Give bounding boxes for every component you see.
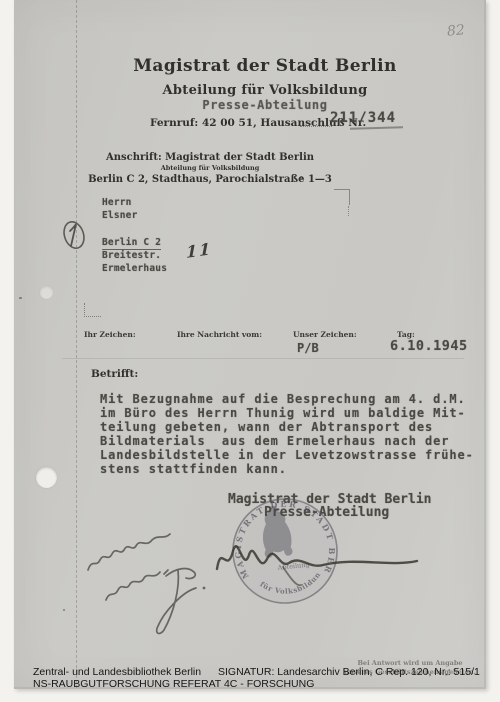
sender-line2: Abteilung für Volksbildung [30, 165, 390, 172]
body-line: Bildmaterials aus dem Ermelerhaus nach d… [100, 434, 449, 448]
recipient-city: Berlin C 2 [102, 237, 161, 248]
body-line: im Büro des Herrn Thunig wird um baldige… [100, 406, 466, 420]
dotted-leader [300, 126, 332, 127]
letterhead-rule [62, 358, 464, 359]
paper-speck [63, 609, 65, 611]
body-line: Mit Bezugnahme auf die Besprechung am 4.… [100, 392, 466, 406]
body-line: stens stattfinden kann. [100, 462, 287, 476]
recipient-street: Breitestr. [102, 250, 161, 261]
signature-scrawl [205, 525, 430, 595]
recipient-salutation: Herrn [102, 197, 132, 208]
body-line: teilung gebeten, wann der Abtransport de… [100, 420, 433, 434]
recipient-name: Elsner [102, 210, 138, 221]
archive-signatur: SIGNATUR: Landesarchiv Berlin, C Rep. 12… [218, 666, 480, 678]
handwritten-street-number: 11 [186, 239, 212, 262]
circled-margin-note [60, 219, 90, 253]
scanned-letter-photo: 82 Magistrat der Stadt Berlin Abteilung … [0, 0, 500, 702]
ihr-zeichen-label: Ihr Zeichen: [84, 330, 136, 339]
recipient-building: Ermelerhaus [102, 263, 167, 274]
sender-line1: Anschrift: Magistrat der Stadt Berlin [30, 152, 390, 164]
address-window-corner-mark [334, 189, 350, 205]
unser-zeichen-value: P/B [297, 341, 319, 355]
date-value: 6.10.1945 [390, 338, 468, 354]
sender-address-block: Anschrift: Magistrat der Stadt Berlin Ab… [30, 152, 390, 185]
punch-hole-top [40, 286, 53, 299]
vertical-fold-line [76, 0, 77, 688]
recipient-city-text: Berlin C 2 [102, 237, 161, 250]
sender-line3: Berlin C 2, Stadthaus, Parochialstraße 1… [30, 174, 390, 186]
nachricht-label: Ihre Nachricht vom: [177, 330, 262, 339]
letterhead-organization: Magistrat der Stadt Berlin [100, 56, 430, 76]
phone-number-typed: 211/344 [330, 110, 396, 126]
archive-library-name: Zentral- und Landesbibliothek Berlin [33, 666, 201, 678]
letterhead-department: Abteilung für Volksbildung [100, 83, 430, 98]
body-line: Landesbildstelle in der Levetzowstrasse … [100, 448, 474, 462]
address-window-corner-dots [348, 206, 349, 216]
unser-zeichen-label: Unser Zeichen: [293, 330, 357, 339]
punch-hole-bottom [36, 467, 57, 488]
archive-research-line: NS-RAUBGUTFORSCHUNG REFERAT 4C - FORSCHU… [33, 678, 314, 690]
subject-label: Betrifft: [91, 368, 138, 380]
handwritten-page-number: 82 [446, 22, 465, 39]
paper-speck [19, 297, 22, 299]
fold-corner-mark [84, 303, 101, 317]
handwritten-note [78, 508, 230, 640]
